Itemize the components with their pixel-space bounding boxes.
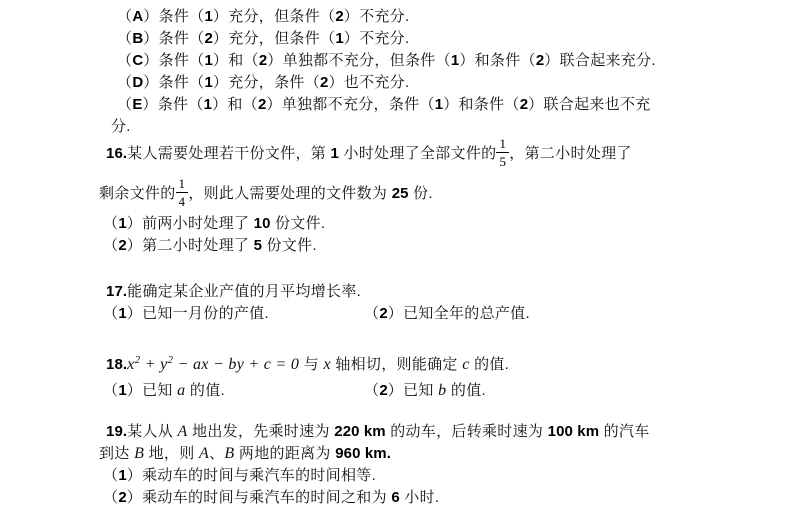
text-run: ）充分，但条件（ bbox=[213, 30, 335, 47]
text-run: 分. bbox=[111, 118, 131, 135]
text-run: 1 bbox=[331, 145, 339, 162]
document-content: （A）条件（1）充分，但条件（2）不充分.（B）条件（2）充分，但条件（1）不充… bbox=[0, 0, 786, 513]
text-run: 2 bbox=[379, 305, 387, 322]
text-run: E bbox=[132, 96, 142, 113]
q19-line2: 到达 B 地，则 A、B 两地的距离为 960 km. bbox=[0, 443, 786, 465]
q18-title: 18.x2 + y2 − ax − by + c = 0 与 x 轴相切，则能确… bbox=[0, 349, 786, 371]
text-run: （ bbox=[117, 30, 132, 47]
text-run: 2 bbox=[379, 382, 387, 399]
text-run: （ bbox=[117, 8, 132, 25]
q18-conds-col2: （2）已知 b 的值. bbox=[364, 380, 486, 402]
fraction-denominator: 5 bbox=[496, 152, 509, 168]
q17-title: 17.能确定某企业产值的月平均增长率. bbox=[0, 281, 786, 303]
text-run: 6 bbox=[391, 489, 399, 506]
text-run: ）前两小时处理了 bbox=[127, 215, 254, 232]
q16-line2: 剩余文件的14，则此人需要处理的文件数为 25 份. bbox=[0, 175, 786, 213]
q19-line1: 19.某人从 A 地出发，先乘时速为 220 km 的动车，后转乘时速为 100… bbox=[0, 421, 786, 443]
text-run: 轴相切，则能确定 bbox=[331, 356, 462, 373]
text-run: 100 km bbox=[548, 423, 599, 440]
fraction: 14 bbox=[176, 177, 189, 208]
text-run: ）乘动车的时间与乘汽车的时间相等. bbox=[127, 467, 376, 484]
text-run: ，第二小时处理了 bbox=[509, 145, 631, 162]
text-run: A bbox=[132, 8, 143, 25]
text-run: （ bbox=[103, 382, 118, 399]
text-run: 小时. bbox=[400, 489, 440, 506]
text-run: ）联合起来充分. bbox=[544, 52, 656, 69]
text-run: 份文件. bbox=[271, 215, 326, 232]
text-run: 2 bbox=[118, 489, 126, 506]
text-run: 1 bbox=[204, 52, 212, 69]
text-run: B bbox=[132, 30, 143, 47]
text-run: ）条件（ bbox=[143, 52, 204, 69]
q16-cond1: （1）前两小时处理了 10 份文件. bbox=[0, 213, 786, 235]
text-run: 2 bbox=[520, 96, 528, 113]
text-run: 17. bbox=[106, 283, 127, 300]
text-run: 1 bbox=[118, 467, 126, 484]
text-run: ）已知一月份的产值. bbox=[127, 305, 269, 322]
text-run: B bbox=[134, 445, 144, 462]
fraction-numerator: 1 bbox=[496, 137, 509, 152]
text-run: （ bbox=[103, 467, 118, 484]
option-e: （E）条件（1）和（2）单独都不充分，条件（1）和条件（2）联合起来也不充 bbox=[0, 94, 786, 116]
text-run: 1 bbox=[204, 96, 212, 113]
q16-cond2: （2）第二小时处理了 5 份文件. bbox=[0, 235, 786, 257]
text-run: （ bbox=[117, 52, 132, 69]
text-run: 两地的距离为 bbox=[234, 445, 335, 462]
text-run: （ bbox=[103, 237, 118, 254]
option-a: （A）条件（1）充分，但条件（2）不充分. bbox=[0, 6, 786, 28]
fraction-numerator: 1 bbox=[176, 177, 189, 192]
text-run: 2 bbox=[335, 8, 343, 25]
text-run: ）充分，但条件（ bbox=[213, 8, 335, 25]
text-run: C bbox=[132, 52, 143, 69]
text-run: （ bbox=[103, 215, 118, 232]
text-run: 地出发，先乘时速为 bbox=[188, 423, 335, 440]
text-run: ，则此人需要处理的文件数为 bbox=[188, 185, 391, 202]
text-run: 1 bbox=[118, 305, 126, 322]
text-run: x bbox=[127, 356, 134, 373]
text-run: ）和条件（ bbox=[459, 52, 536, 69]
text-run: ）也不充分. bbox=[328, 74, 409, 91]
text-run: 到达 bbox=[99, 445, 134, 462]
text-run: 1 bbox=[204, 8, 212, 25]
text-run: ）已知 bbox=[127, 382, 177, 399]
fraction: 15 bbox=[496, 137, 509, 168]
text-run: 的汽车 bbox=[599, 423, 649, 440]
text-run: 220 km bbox=[334, 423, 385, 440]
text-run: 的值. bbox=[470, 356, 510, 373]
text-run: 剩余文件的 bbox=[99, 185, 176, 202]
text-run: ）已知全年的总产值. bbox=[388, 305, 530, 322]
text-run: 1 bbox=[204, 74, 212, 91]
option-d: （D）条件（1）充分，条件（2）也不充分. bbox=[0, 72, 786, 94]
text-run: + y bbox=[140, 356, 167, 373]
text-run: （ bbox=[117, 96, 132, 113]
option-c: （C）条件（1）和（2）单独都不充分，但条件（1）和条件（2）联合起来充分. bbox=[0, 50, 786, 72]
text-run: ）不充分. bbox=[344, 8, 410, 25]
text-run: 2 bbox=[204, 30, 212, 47]
text-run: （ bbox=[117, 74, 132, 91]
text-run: 的动车，后转乘时速为 bbox=[386, 423, 548, 440]
text-run: ）充分，条件（ bbox=[213, 74, 320, 91]
text-run: 25 bbox=[392, 185, 409, 202]
text-run: （ bbox=[364, 382, 379, 399]
text-run: ）和（ bbox=[212, 96, 258, 113]
document-page: （A）条件（1）充分，但条件（2）不充分.（B）条件（2）充分，但条件（1）不充… bbox=[0, 0, 786, 513]
text-run: 1 bbox=[118, 215, 126, 232]
q19-cond1: （1）乘动车的时间与乘汽车的时间相等. bbox=[0, 465, 786, 487]
option-b: （B）条件（2）充分，但条件（1）不充分. bbox=[0, 28, 786, 50]
text-run: ）单独都不充分，条件（ bbox=[266, 96, 434, 113]
text-run: ）条件（ bbox=[143, 30, 204, 47]
text-run: B bbox=[224, 445, 234, 462]
text-run: ）联合起来也不充 bbox=[528, 96, 650, 113]
text-run: 的值. bbox=[446, 382, 486, 399]
text-run: 960 km. bbox=[335, 445, 391, 462]
text-run: 小时处理了全部文件的 bbox=[339, 145, 496, 162]
text-run: c bbox=[462, 356, 469, 373]
text-run: ）已知 bbox=[388, 382, 438, 399]
text-run: ）条件（ bbox=[143, 74, 204, 91]
text-run: 1 bbox=[335, 30, 343, 47]
text-run: 某人需要处理若干份文件，第 bbox=[127, 145, 330, 162]
text-run: 某人从 bbox=[127, 423, 177, 440]
text-run: 、 bbox=[209, 445, 224, 462]
text-run: 2 bbox=[259, 52, 267, 69]
q19-cond2: （2）乘动车的时间与乘汽车的时间之和为 6 小时. bbox=[0, 487, 786, 509]
text-run: 能确定某企业产值的月平均增长率. bbox=[127, 283, 361, 300]
text-run: （ bbox=[103, 489, 118, 506]
text-run: ）条件（ bbox=[143, 8, 204, 25]
text-run: A bbox=[178, 423, 188, 440]
text-run: ）和（ bbox=[213, 52, 259, 69]
text-run: ）乘动车的时间与乘汽车的时间之和为 bbox=[127, 489, 392, 506]
text-run: 18. bbox=[106, 356, 127, 373]
text-run: 2 bbox=[118, 237, 126, 254]
text-run: ）单独都不充分，但条件（ bbox=[267, 52, 451, 69]
text-run: （ bbox=[103, 305, 118, 322]
text-run: A bbox=[199, 445, 209, 462]
text-run: x bbox=[323, 356, 330, 373]
text-run: （ bbox=[364, 305, 379, 322]
text-run: ）第二小时处理了 bbox=[127, 237, 254, 254]
text-run: 16. bbox=[106, 145, 127, 162]
text-run: ）和条件（ bbox=[443, 96, 520, 113]
text-run: ）条件（ bbox=[142, 96, 203, 113]
text-run: 与 bbox=[299, 356, 323, 373]
text-run: 的值. bbox=[185, 382, 225, 399]
text-run: ）不充分. bbox=[344, 30, 410, 47]
q16-line1: 16.某人需要处理若干份文件，第 1 小时处理了全部文件的15，第二小时处理了 bbox=[0, 135, 786, 173]
text-run: 5 bbox=[254, 237, 262, 254]
text-run: 地，则 bbox=[144, 445, 199, 462]
text-run: 10 bbox=[254, 215, 271, 232]
text-run: − ax − by + c = 0 bbox=[173, 356, 299, 373]
text-run: 份. bbox=[409, 185, 433, 202]
fraction-denominator: 4 bbox=[176, 192, 189, 208]
text-run: 份文件. bbox=[262, 237, 317, 254]
q18-conds: （1）已知 a 的值.（2）已知 b 的值. bbox=[0, 380, 786, 402]
text-run: 19. bbox=[106, 423, 127, 440]
text-run: 1 bbox=[118, 382, 126, 399]
q17-conds: （1）已知一月份的产值.（2）已知全年的总产值. bbox=[0, 303, 786, 325]
text-run: D bbox=[132, 74, 143, 91]
q17-conds-col2: （2）已知全年的总产值. bbox=[364, 303, 530, 325]
text-run: 1 bbox=[435, 96, 443, 113]
